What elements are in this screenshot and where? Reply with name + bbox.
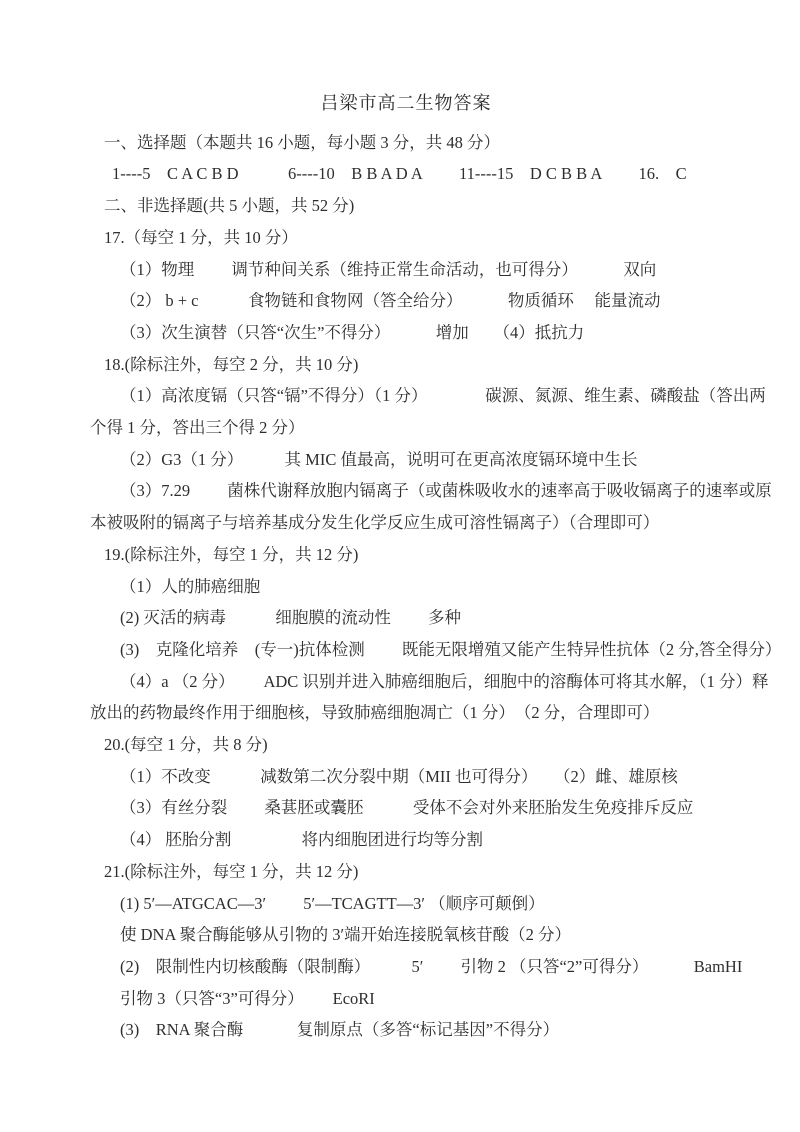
q19-item-4: （4）a （2 分） ADC 识别并进入肺癌细胞后，细胞中的溶酶体可将其水解，（… (90, 666, 722, 698)
q20-item-1: （1）不改变 减数第二次分裂中期（MII 也可得分） （2）雌、雄原核 (90, 761, 722, 793)
choice-answers-line: 1----5 C A C B D 6----10 B B A D A 11---… (90, 158, 722, 190)
q20-header: 20.(每空 1 分，共 8 分) (90, 729, 722, 761)
q19-item-2: (2) 灭活的病毒 细胞膜的流动性 多种 (90, 602, 722, 634)
section-nonchoice-header: 二、非选择题(共 5 小题，共 52 分) (90, 190, 722, 222)
q21-item-2-continuation: 引物 3（只答“3”可得分） EcoRI (90, 983, 722, 1015)
q19-header: 19.(除标注外，每空 1 分，共 12 分) (90, 539, 722, 571)
q17-item-2: （2） b + c 食物链和食物网（答全给分） 物质循环 能量流动 (90, 285, 722, 317)
q18-header: 18.(除标注外，每空 2 分，共 10 分) (90, 349, 722, 381)
q18-item-1-continuation: 个得 1 分，答出三个得 2 分） (90, 412, 722, 444)
q21-item-2: (2) 限制性内切核酸酶（限制酶） 5′ 引物 2 （只答“2”可得分） Bam… (90, 951, 722, 983)
q20-item-4: （4） 胚胎分割 将内细胞团进行均等分割 (90, 824, 722, 856)
q20-item-3: （3）有丝分裂 桑葚胚或囊胚 受体不会对外来胚胎发生免疫排斥反应 (90, 792, 722, 824)
document-page: 吕梁市高二生物答案 一、选择题（本题共 16 小题，每小题 3 分，共 48 分… (0, 0, 800, 1132)
section-choice-header: 一、选择题（本题共 16 小题，每小题 3 分，共 48 分） (90, 127, 722, 159)
q18-item-3-continuation: 本被吸附的镉离子与培养基成分发生化学反应生成可溶性镉离子）（合理即可） (90, 507, 722, 539)
q21-header: 21.(除标注外，每空 1 分，共 12 分) (90, 856, 722, 888)
page-title: 吕梁市高二生物答案 (90, 88, 722, 120)
q19-item-4-continuation: 放出的药物最终作用于细胞核，导致肺癌细胞凋亡（1 分） （2 分，合理即可） (90, 697, 722, 729)
q21-item-1: (1) 5′—ATGCAC—3′ 5′—TCAGTT—3′ （顺序可颠倒） (90, 888, 722, 920)
q18-item-2: （2）G3（1 分） 其 MIC 值最高，说明可在更高浓度镉环境中生长 (90, 444, 722, 476)
q17-header: 17.（每空 1 分，共 10 分） (90, 222, 722, 254)
q19-item-1: （1）人的肺癌细胞 (90, 571, 722, 603)
document-content: 吕梁市高二生物答案 一、选择题（本题共 16 小题，每小题 3 分，共 48 分… (0, 0, 800, 1046)
q19-item-3: (3) 克隆化培养 (专一)抗体检测 既能无限增殖又能产生特异性抗体（2 分,答… (90, 634, 722, 666)
q21-item-3: (3) RNA 聚合酶 复制原点（多答“标记基因”不得分） (90, 1014, 722, 1046)
q21-item-1-continuation: 使 DNA 聚合酶能够从引物的 3′端开始连接脱氧核苷酸（2 分） (90, 919, 722, 951)
q17-item-1: （1）物理 调节种间关系（维持正常生命活动，也可得分） 双向 (90, 254, 722, 286)
q17-item-3: （3）次生演替（只答“次生”不得分） 增加 （4）抵抗力 (90, 317, 722, 349)
q18-item-1: （1）高浓度镉（只答“镉”不得分）（1 分） 碳源、氮源、维生素、磷酸盐（答出两 (90, 380, 722, 412)
q18-item-3: （3）7.29 菌株代谢释放胞内镉离子（或菌株吸收水的速率高于吸收镉离子的速率或… (90, 475, 722, 507)
